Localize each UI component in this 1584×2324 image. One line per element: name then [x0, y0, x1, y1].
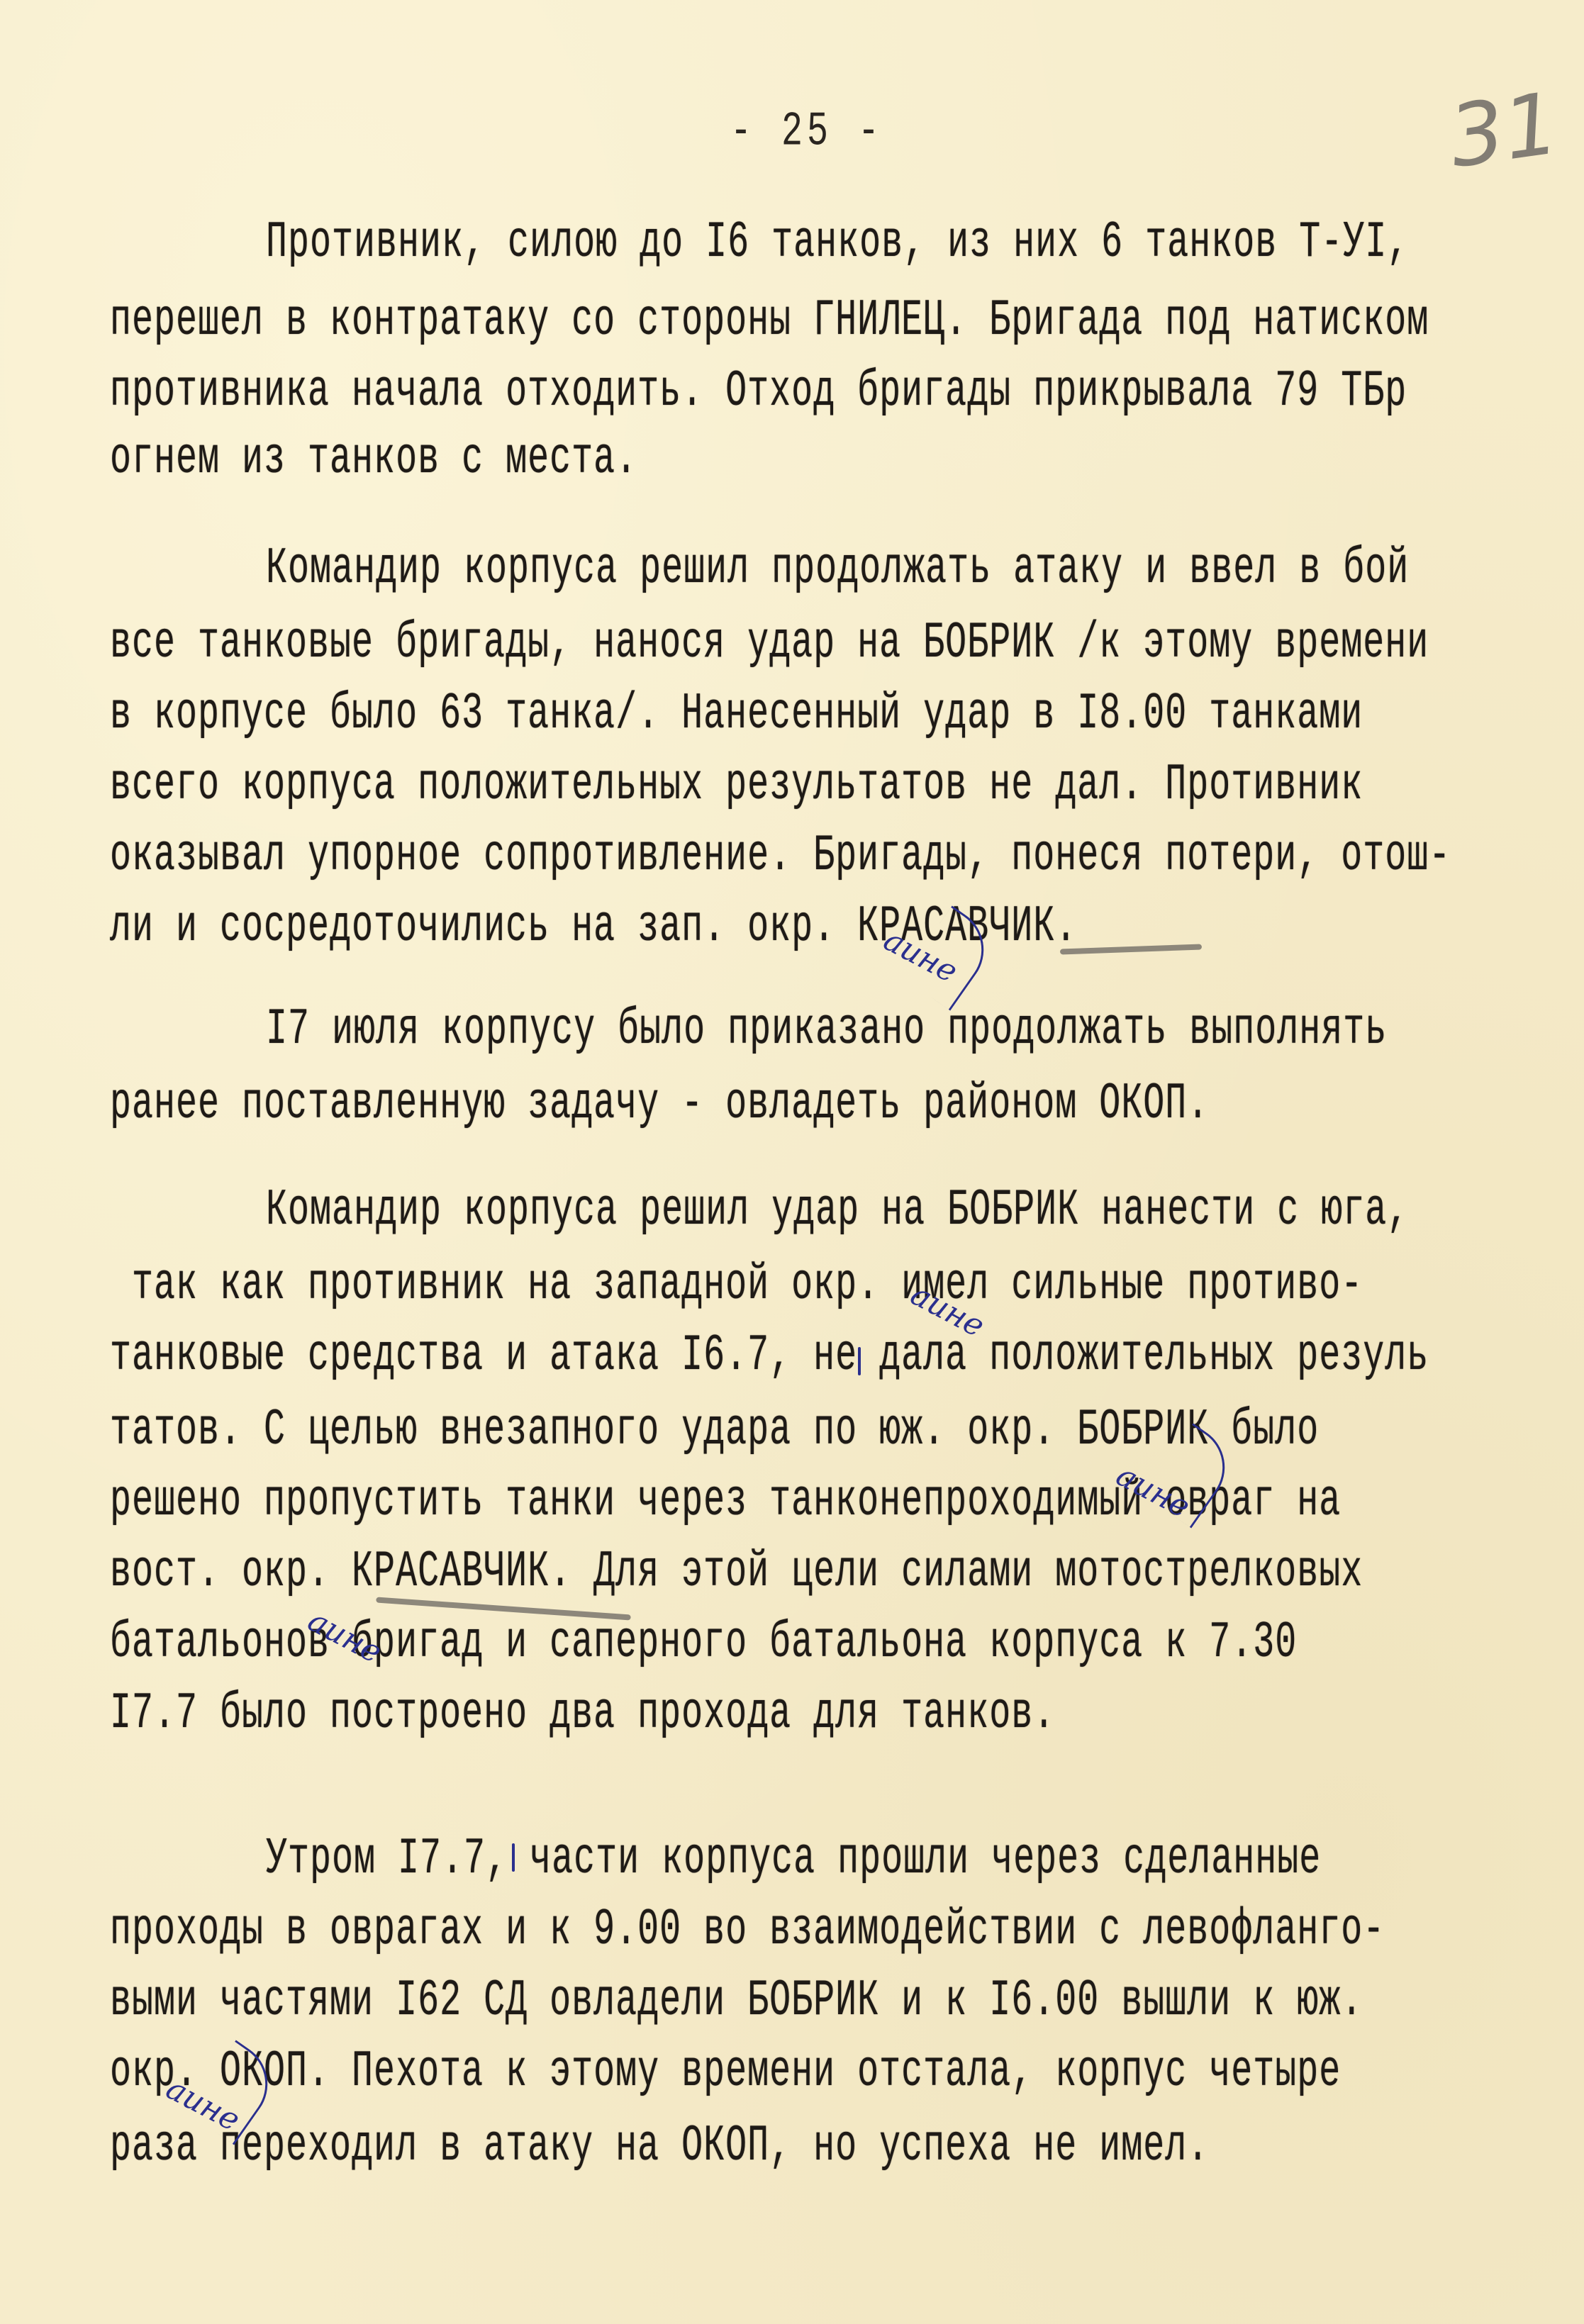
text-line: вост. окр. КРАСАВЧИК. Для этой цели сила…	[110, 1542, 1363, 1604]
text-line: Командир корпуса решил удар на БОБРИК на…	[266, 1180, 1409, 1242]
text-line: татов. С целью внезапного удара по юж. о…	[110, 1400, 1319, 1462]
text-line: оказывал упорное сопротивление. Бригады,…	[110, 826, 1451, 888]
text-line: выми частями I62 СД овладели БОБРИК и к …	[110, 1971, 1363, 2033]
text-line: проходы в оврагах и к 9.00 во взаимодейс…	[110, 1900, 1385, 1962]
text-line: I7.7 было построено два прохода для танк…	[110, 1684, 1055, 1745]
text-line: противника начала отходить. Отход бригад…	[110, 362, 1407, 423]
text-line: Утром I7.7, части корпуса прошли через с…	[266, 1829, 1321, 1891]
text-line: перешел в контратаку со стороны ГНИЛЕЦ. …	[110, 291, 1429, 352]
text-line: Командир корпуса решил продолжать атаку …	[266, 539, 1409, 600]
inserted-comma-mark	[512, 1843, 515, 1872]
text-line: раза переходил в атаку на ОКОП, но успех…	[110, 2116, 1209, 2178]
text-line: так как противник на западной окр. имел …	[110, 1255, 1363, 1317]
text-line: танковые средства и атака I6.7, не дала …	[110, 1326, 1429, 1387]
text-line: огнем из танков с места.	[110, 429, 637, 491]
text-line: все танковые бригады, нанося удар на БОБ…	[110, 613, 1429, 675]
text-line: батальонов бригад и саперного батальона …	[110, 1613, 1297, 1675]
text-line: всего корпуса положительных результатов …	[110, 755, 1363, 817]
inserted-comma-mark	[858, 1347, 861, 1375]
text-line: окр. ОКОП. Пехота к этому времени отстал…	[110, 2042, 1341, 2104]
typed-page-number: - 25 -	[730, 105, 883, 160]
text-line: ранее поставленную задачу - овладеть рай…	[110, 1074, 1209, 1136]
text-line: в корпусе было 63 танка/. Нанесенный уда…	[110, 684, 1363, 746]
pencil-underline	[1060, 944, 1202, 955]
text-line: Противник, силою до I6 танков, из них 6 …	[266, 213, 1409, 274]
handwritten-folio-number: 31	[1444, 74, 1565, 187]
text-line: I7 июля корпусу было приказано продолжат…	[266, 1000, 1387, 1061]
